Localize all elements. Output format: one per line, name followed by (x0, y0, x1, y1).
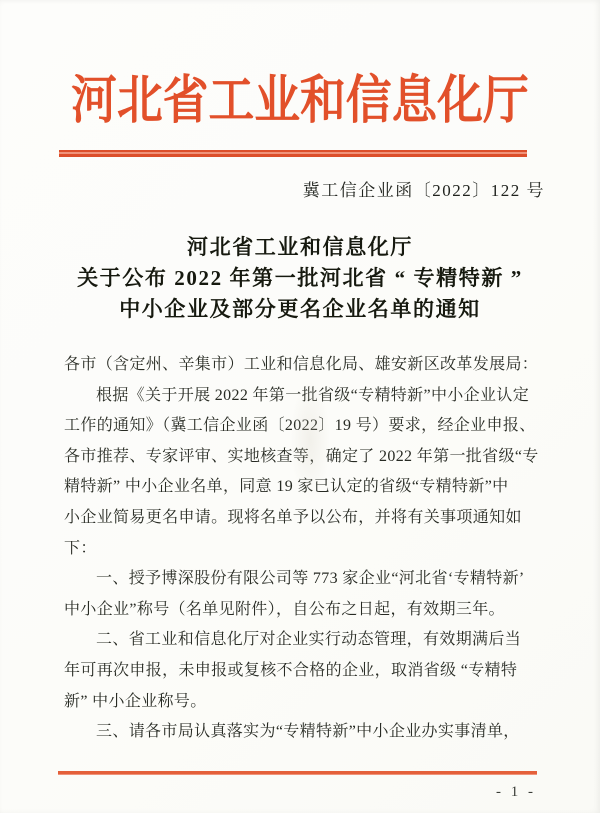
page-number: - 1 - (496, 784, 536, 801)
body-line: 小企业简易更名申请。现将名单予以公布，并将有关事项通知如 (64, 503, 540, 534)
body-line: 新” 中小企业称号。 (64, 687, 540, 718)
footer-rule (58, 771, 537, 775)
letterhead-agency-name: 河北省工业和信息化厅 (36, 74, 564, 130)
body-line: 年可再次申报，未申报或复核不合格的企业，取消省级 “专精特 (64, 656, 540, 687)
body-line: 下： (64, 534, 540, 565)
body-line: 二、省工业和信息化厅对企业实行动态管理，有效期满后当 (64, 625, 540, 656)
notice-title: 河北省工业和信息化厅 关于公布 2022 年第一批河北省 “ 专精特新 ” 中小… (0, 232, 600, 325)
body-line: 各市（含定州、辛集市）工业和信息化局、雄安新区改革发展局： (64, 350, 540, 381)
document-reference-number: 冀工信企业函〔2022〕122 号 (303, 176, 545, 201)
body-line: 各市推荐、专家评审、实地核查等，确定了 2022 年第一批省级“专 (64, 442, 540, 473)
body-line: 一、授予博深股份有限公司等 773 家企业“河北省‘专精特新’ (64, 564, 540, 595)
body-line: 三、请各市局认真落实为“专精特新”中小企业办实事清单， (64, 717, 540, 748)
body-line: 工作的通知》（冀工信企业函〔2022〕19 号）要求，经企业申报、 (64, 411, 540, 442)
notice-title-line-3: 中小企业及部分更名企业名单的通知 (0, 294, 600, 325)
notice-body: 各市（含定州、辛集市）工业和信息化局、雄安新区改革发展局：根据《关于开展 202… (64, 350, 540, 748)
body-line: 根据《关于开展 2022 年第一批省级“专精特新”中小企业认定 (64, 381, 540, 412)
body-line: 精特新” 中小企业名单，同意 19 家已认定的省级“专精特新”中 (64, 472, 540, 503)
letterhead-rule (59, 150, 527, 157)
body-line: 中小企业”称号（名单见附件），自公布之日起，有效期三年。 (64, 595, 540, 626)
notice-title-line-1: 河北省工业和信息化厅 (0, 232, 600, 263)
document-page: 河北省工业和信息化厅 冀工信企业函〔2022〕122 号 河北省工业和信息化厅 … (0, 0, 600, 813)
notice-title-line-2: 关于公布 2022 年第一批河北省 “ 专精特新 ” (0, 263, 600, 294)
